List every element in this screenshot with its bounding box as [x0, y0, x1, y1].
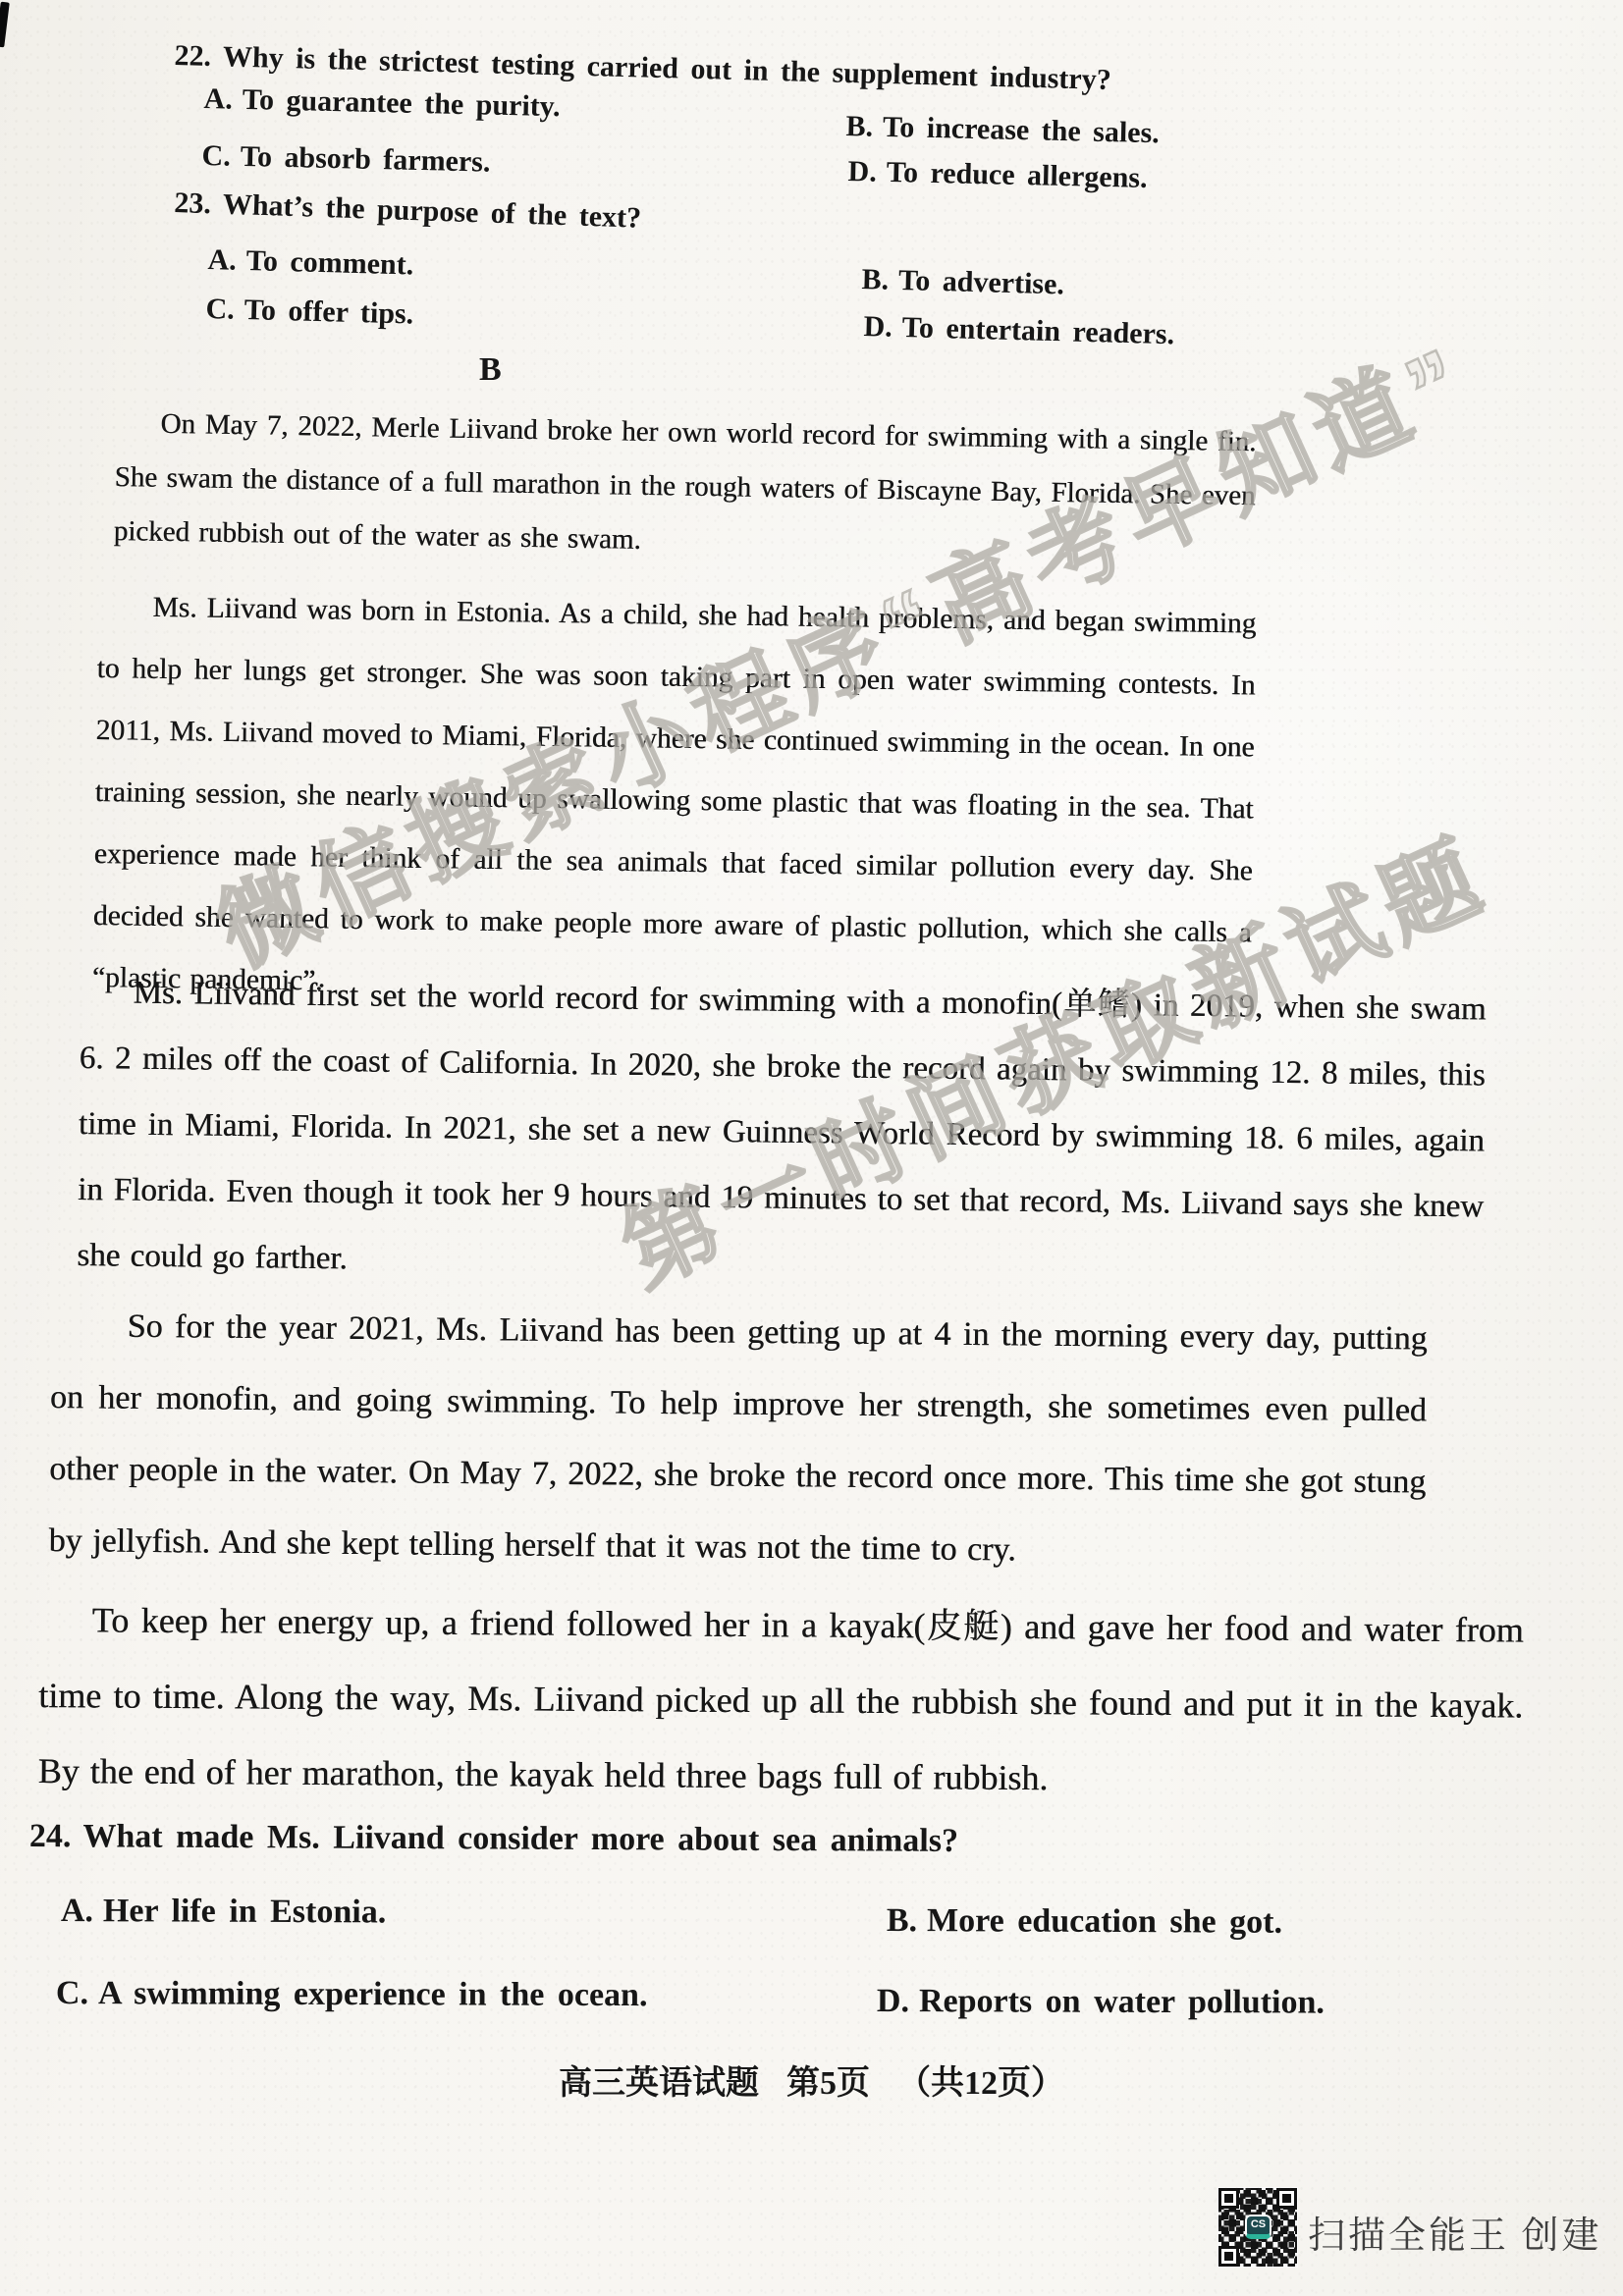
question-24-number: 24. [29, 1818, 72, 1854]
passage-paragraph-3: Ms. Liivand first set the world record f… [77, 960, 1487, 1306]
passage-paragraph-5: To keep her energy up, a friend followed… [37, 1582, 1524, 1820]
page-footer: 高三英语试题第5页（共12页） [0, 2056, 1623, 2104]
passage-paragraph-1: On May 7, 2022, Merle Liivand broke her … [113, 397, 1257, 577]
question-22-option-a: A.To guarantee the purity. [203, 82, 561, 124]
question-22-option-b: B.To increase the sales. [845, 110, 1160, 150]
qr-finder-icon [1218, 2188, 1239, 2209]
scan-artifact-mark [0, 2, 10, 48]
question-24-option-a: A.Her life in Estonia. [61, 1893, 386, 1931]
question-23-option-c: C.To offer tips. [205, 293, 414, 332]
qr-code: CS [1217, 2187, 1298, 2268]
question-24-stem: 24.What made Ms. Liivand consider more a… [29, 1818, 958, 1860]
scanned-exam-page: 22.Why is the strictest testing carried … [0, 0, 1623, 2296]
question-24-option-c: C.A swimming experience in the ocean. [56, 1975, 648, 2014]
question-22-option-d: D.To reduce allergens. [847, 155, 1148, 195]
question-23-number: 23. [174, 187, 212, 220]
camscanner-logo-icon: CS [1245, 2215, 1271, 2239]
question-24-option-b: B.More education she got. [887, 1902, 1282, 1942]
question-24-option-d: D.Reports on water pollution. [877, 1983, 1325, 2022]
passage-paragraph-4: So for the year 2021, Ms. Liivand has be… [48, 1290, 1428, 1589]
question-23-text: What’s the purpose of the text? [222, 188, 641, 235]
footer-paper-title: 高三英语试题 [559, 2065, 759, 2102]
passage-section-label: B [479, 351, 502, 389]
question-23-option-a: A.To comment. [207, 243, 414, 282]
question-24-text: What made Ms. Liivand consider more abou… [82, 1818, 958, 1859]
passage-paragraph-2: Ms. Liivand was born in Estonia. As a ch… [91, 576, 1256, 1026]
qr-finder-icon [1276, 2188, 1297, 2209]
question-22-number: 22. [174, 39, 211, 73]
camscanner-caption: 扫描全能王 创建 [1308, 2205, 1602, 2259]
question-23-stem: 23.What’s the purpose of the text? [174, 187, 642, 236]
footer-page-number: 第5页 [786, 2065, 870, 2102]
footer-total-pages: （共12页） [897, 2065, 1064, 2102]
question-23-option-d: D.To entertain readers. [863, 310, 1174, 351]
qr-finder-icon [1218, 2246, 1239, 2267]
question-23-option-b: B.To advertise. [861, 263, 1064, 301]
question-22-option-c: C.To absorb farmers. [201, 139, 491, 180]
